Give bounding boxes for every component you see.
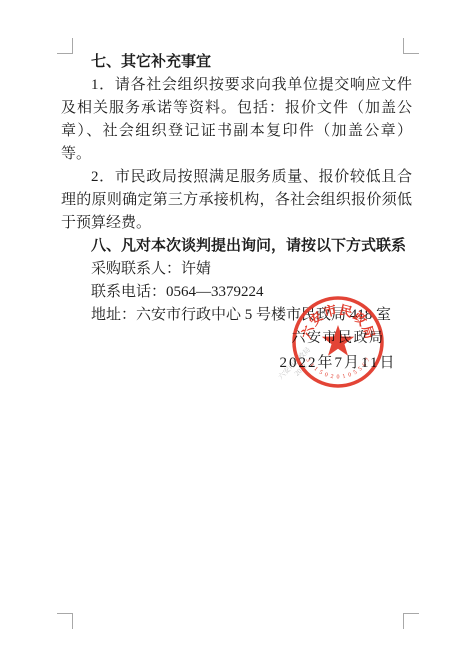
seal-code-digit: 0: [348, 372, 353, 379]
seal-code-digit: 0: [324, 372, 329, 379]
contact-person: 采购联系人：许婧: [61, 258, 412, 281]
seal-code-digit: 1: [342, 374, 346, 380]
seal-code-digit: 0: [337, 375, 340, 381]
signature-org: 六安市民政局: [272, 327, 404, 347]
seal-arc-char: 市: [322, 302, 338, 320]
paragraph-1: 1．请各社会组织按要求向我单位提交响应文件及相关服务承诺等资料。包括：报价文件（…: [61, 74, 412, 166]
signature-date: 2022年7月11日: [256, 351, 420, 372]
paragraph-2: 2．市民政局按照满足服务质量、报价较低且合理的原则确定第三方承接机构，各社会组织…: [61, 166, 412, 235]
seal-code-digit: 2: [330, 374, 334, 380]
section-heading-7: 七、其它补充事宜: [61, 51, 412, 74]
crop-mark-bottom-right: [403, 613, 419, 629]
document-page: 七、其它补充事宜 1．请各社会组织按要求向我单位提交响应文件及相关服务承诺等资料…: [0, 0, 474, 671]
crop-mark-bottom-left: [57, 613, 73, 629]
section-heading-8: 八、凡对本次谈判提出询问，请按以下方式联系: [61, 235, 412, 258]
